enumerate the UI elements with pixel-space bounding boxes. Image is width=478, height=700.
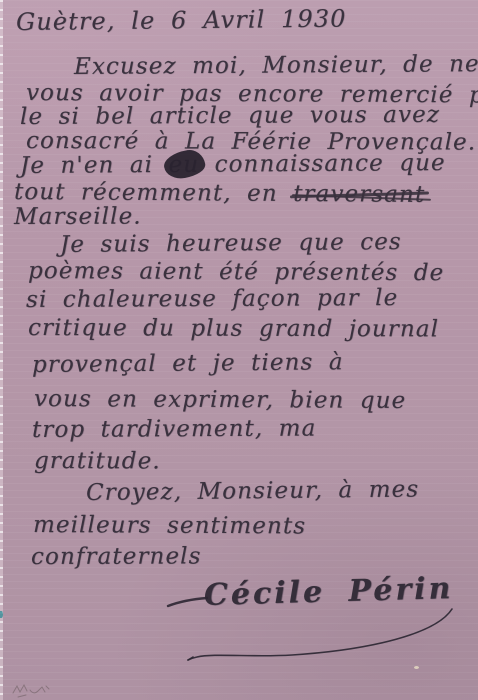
- struck-word: traversant: [293, 181, 425, 208]
- handwritten-line: Je n'en ai eu connaissance que: [20, 150, 446, 179]
- handwritten-line: le si bel article que vous avez: [20, 102, 440, 130]
- dateline: Guètre, le 6 Avril 1930: [16, 5, 347, 36]
- line-text: connaissance que: [214, 150, 445, 178]
- line-text: tout récemment, en: [14, 179, 278, 207]
- handwritten-line: provençal et je tiens à: [32, 349, 344, 378]
- handwritten-line: confraternels: [31, 543, 202, 570]
- handwritten-line: trop tardivement, ma: [32, 416, 317, 443]
- handwritten-line: critique du plus grand journal: [28, 315, 439, 342]
- ink-fleck: [0, 611, 3, 618]
- ink-blot: eu: [168, 152, 199, 178]
- handwritten-line: Croyez, Monsieur, à mes: [86, 477, 419, 506]
- handwritten-line: meilleurs sentiments: [33, 512, 306, 539]
- handwritten-line: Je suis heureuse que ces: [60, 229, 402, 258]
- torn-edge: [0, 0, 3, 700]
- handwritten-line: poèmes aient été présentés de: [28, 258, 444, 286]
- paper-speck: [414, 666, 419, 669]
- handwritten-line: gratitude.: [34, 448, 161, 474]
- handwritten-line: si chaleureuse façon par le: [26, 285, 398, 313]
- pencil-annotation: [13, 685, 49, 697]
- signature: Cécile Périn: [204, 571, 454, 613]
- line-text: Je n'en ai: [20, 152, 153, 179]
- letter-scan: Guètre, le 6 Avril 1930 Excusez moi, Mon…: [0, 0, 478, 700]
- handwritten-line: vous en exprimer, bien que: [34, 386, 406, 414]
- handwritten-line: Excusez moi, Monsieur, de ne: [74, 51, 478, 80]
- handwritten-line: Marseille.: [14, 204, 142, 230]
